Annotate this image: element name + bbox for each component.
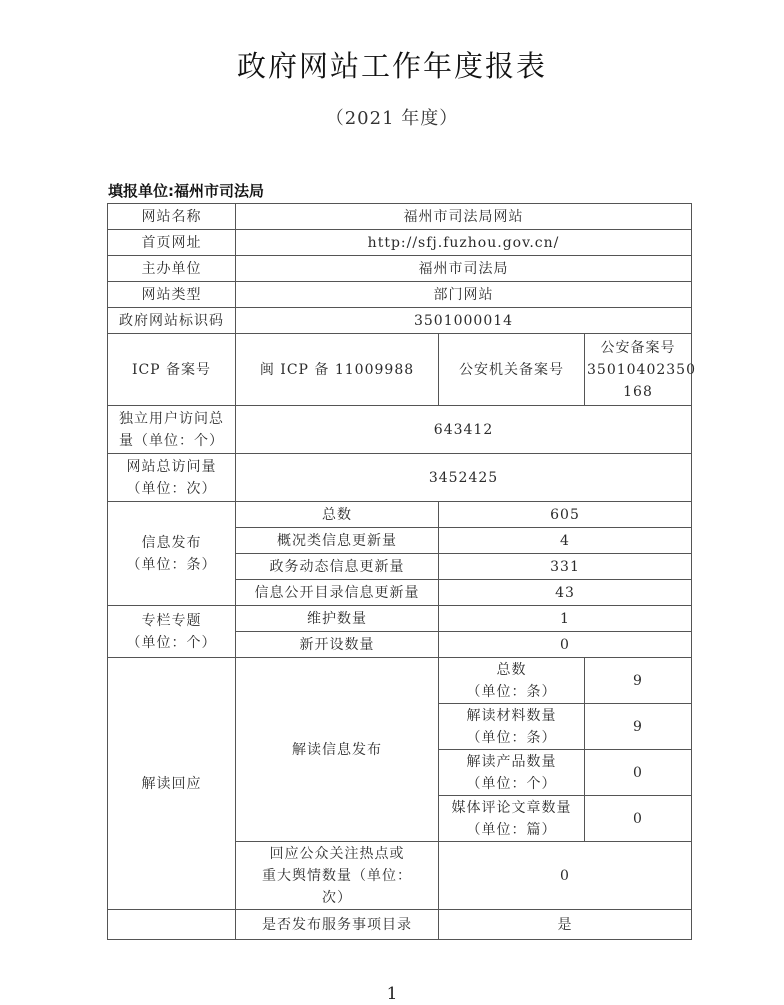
label-homepage: 首页网址	[108, 230, 236, 256]
label-site-type: 网站类型	[108, 282, 236, 308]
label-info-row: 信息公开目录信息更新量	[236, 580, 439, 606]
value-columns-row: 0	[439, 632, 692, 658]
value-icp: 闽 ICP 备 11009988	[236, 334, 439, 406]
value-info-row: 4	[439, 528, 692, 554]
value-site-id: 3501000014	[236, 308, 692, 334]
label-sponsor: 主办单位	[108, 256, 236, 282]
value-interp-row: 0	[585, 750, 692, 796]
value-interp-row: 9	[585, 704, 692, 750]
document-title: 政府网站工作年度报表	[0, 44, 784, 85]
row-site-id: 政府网站标识码 3501000014	[108, 308, 692, 334]
value-interp-response: 0	[439, 842, 692, 910]
row-unique-visitors: 独立用户访问总 量（单位：个） 643412	[108, 406, 692, 454]
label-unique-visitors: 独立用户访问总 量（单位：个）	[108, 406, 236, 454]
row-site-name: 网站名称 福州市司法局网站	[108, 204, 692, 230]
row-columns-maintain: 专栏专题 （单位：个） 维护数量 1	[108, 606, 692, 632]
value-service-catalog: 是	[439, 910, 692, 940]
value-info-row: 43	[439, 580, 692, 606]
value-site-type: 部门网站	[236, 282, 692, 308]
label-info-row: 总数	[236, 502, 439, 528]
row-info-total: 信息发布 （单位：条） 总数 605	[108, 502, 692, 528]
value-site-name: 福州市司法局网站	[236, 204, 692, 230]
document-year: （2021 年度）	[0, 104, 784, 130]
label-interp-row: 解读材料数量 （单位：条）	[439, 704, 585, 750]
label-interpretation: 解读回应	[108, 658, 236, 910]
reporting-unit: 填报单位:福州市司法局	[108, 180, 264, 201]
value-total-visits: 3452425	[236, 454, 692, 502]
value-interp-row: 9	[585, 658, 692, 704]
label-info-row: 政务动态信息更新量	[236, 554, 439, 580]
value-homepage: http://sfj.fuzhou.gov.cn/	[236, 230, 692, 256]
value-interp-row: 0	[585, 796, 692, 842]
label-interp-response: 回应公众关注热点或 重大舆情数量（单位： 次）	[236, 842, 439, 910]
label-police: 公安机关备案号	[439, 334, 585, 406]
value-info-row: 331	[439, 554, 692, 580]
row-service-catalog: 是否发布服务事项目录 是	[108, 910, 692, 940]
value-sponsor: 福州市司法局	[236, 256, 692, 282]
row-sponsor: 主办单位 福州市司法局	[108, 256, 692, 282]
label-icp: ICP 备案号	[108, 334, 236, 406]
label-interp-row: 媒体评论文章数量 （单位：篇）	[439, 796, 585, 842]
empty-cell	[108, 910, 236, 940]
value-unique-visitors: 643412	[236, 406, 692, 454]
label-columns: 专栏专题 （单位：个）	[108, 606, 236, 658]
label-info-row: 概况类信息更新量	[236, 528, 439, 554]
row-total-visits: 网站总访问量 （单位：次） 3452425	[108, 454, 692, 502]
value-columns-row: 1	[439, 606, 692, 632]
page-number: 1	[0, 984, 784, 1004]
row-site-type: 网站类型 部门网站	[108, 282, 692, 308]
label-site-id: 政府网站标识码	[108, 308, 236, 334]
label-service-catalog: 是否发布服务事项目录	[236, 910, 439, 940]
row-icp: ICP 备案号 闽 ICP 备 11009988 公安机关备案号 公安备案号 3…	[108, 334, 692, 406]
row-homepage: 首页网址 http://sfj.fuzhou.gov.cn/	[108, 230, 692, 256]
label-interp-row: 总数 （单位：条）	[439, 658, 585, 704]
label-total-visits: 网站总访问量 （单位：次）	[108, 454, 236, 502]
label-columns-row: 维护数量	[236, 606, 439, 632]
value-info-row: 605	[439, 502, 692, 528]
row-interp-total: 解读回应 解读信息发布 总数 （单位：条） 9	[108, 658, 692, 704]
value-police: 公安备案号 35010402350 168	[585, 334, 692, 406]
label-columns-row: 新开设数量	[236, 632, 439, 658]
label-interp-row: 解读产品数量 （单位：个）	[439, 750, 585, 796]
label-info-publish: 信息发布 （单位：条）	[108, 502, 236, 606]
report-table: 网站名称 福州市司法局网站 首页网址 http://sfj.fuzhou.gov…	[107, 203, 692, 940]
label-site-name: 网站名称	[108, 204, 236, 230]
label-interp-publish: 解读信息发布	[236, 658, 439, 842]
